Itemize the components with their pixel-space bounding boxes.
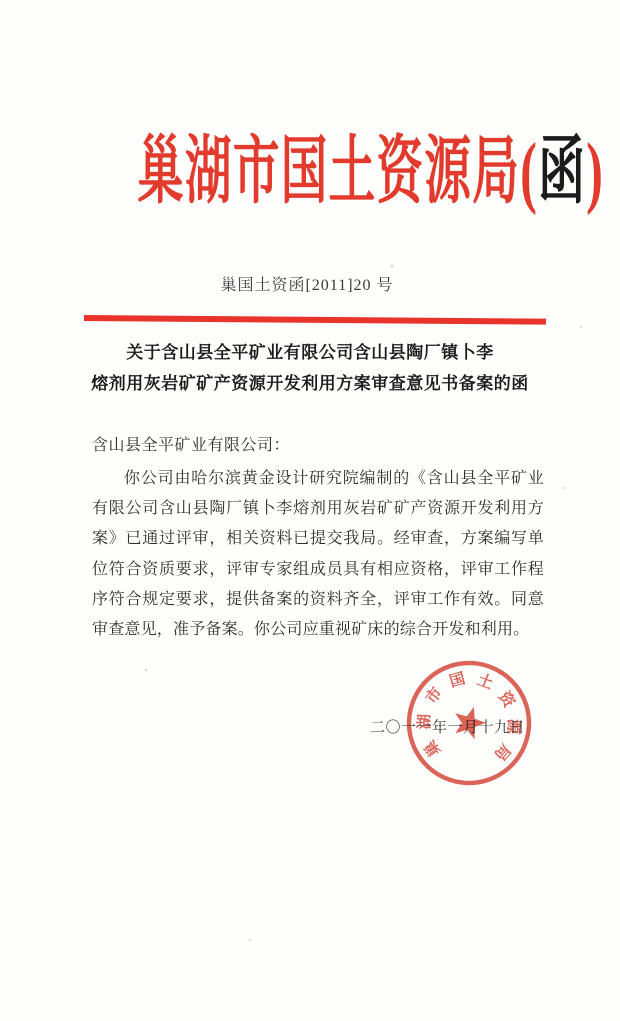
seal-char: 土	[475, 670, 496, 693]
scanned-letter-page: 巢湖市国土资源局(函) 巢国土资函[2011]20 号 关于含山县全平矿业有限公…	[0, 0, 620, 1021]
body-paragraph: 你公司由哈尔滨黄金设计研究院编制的《含山县全平矿业有限公司含山县陶厂镇卜李熔剂用…	[92, 464, 544, 645]
document-number: 巢国土资函[2011]20 号	[0, 272, 614, 295]
letterhead-paren-open: (	[520, 128, 538, 216]
seal-char: 源	[504, 718, 523, 735]
seal-char: 局	[491, 740, 515, 764]
document-title-line2: 熔剂用灰岩矿矿产资源开发利用方案审查意见书备案的函	[0, 368, 620, 399]
salutation: 含山县全平矿业有限公司：	[92, 432, 290, 455]
document-title: 关于含山县全平矿业有限公司含山县陶厂镇卜李 熔剂用灰岩矿矿产资源开发利用方案审查…	[0, 337, 620, 399]
letterhead: 巢湖市国土资源局(函)	[0, 124, 620, 220]
letterhead-doc-type: 函	[538, 131, 586, 213]
seal-char: 湖	[415, 713, 433, 729]
letterhead-text: 巢湖市国土资源局(函)	[137, 124, 604, 220]
seal-char: 市	[421, 683, 446, 707]
red-divider-rule	[84, 315, 546, 325]
seal-char: 资	[495, 687, 520, 711]
official-seal: 巢 湖 市 国 土 资 源 局	[385, 639, 553, 807]
seal-char: 巢	[420, 737, 445, 761]
seal-star-icon	[450, 702, 490, 741]
letterhead-agency: 巢湖市国土资源局	[137, 131, 520, 213]
letterhead-paren-close: )	[586, 128, 604, 216]
document-title-line1: 关于含山县全平矿业有限公司含山县陶厂镇卜李	[0, 337, 620, 368]
seal-char: 国	[447, 668, 467, 691]
